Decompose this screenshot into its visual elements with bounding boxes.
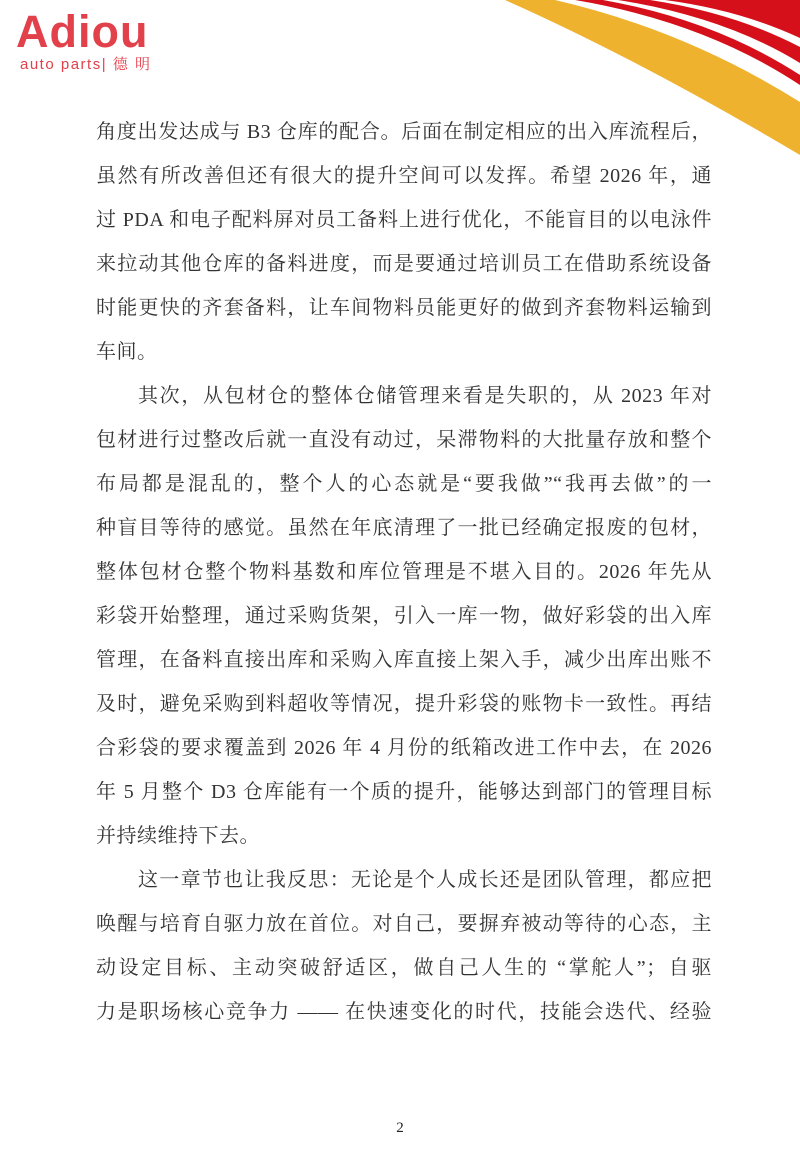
text-line: 年 5 月整个 D3 仓库能有一个质的提升，能够达到部门的管理目标 <box>96 770 712 814</box>
text-line: 唤醒与培育自驱力放在首位。对自己，要摒弃被动等待的心态，主 <box>96 902 712 946</box>
text-line: 布局都是混乱的，整个人的心态就是“要我做”“我再去做”的一 <box>96 462 712 506</box>
text-line: 虽然有所改善但还有很大的提升空间可以发挥。希望 2026 年，通 <box>96 154 712 198</box>
text-line: 彩袋开始整理，通过采购货架，引入一库一物，做好彩袋的出入库 <box>96 594 712 638</box>
brand-logo: Adiou auto parts| 德 明 <box>16 8 151 73</box>
text-line: 种盲目等待的感觉。虽然在年底清理了一批已经确定报废的包材， <box>96 506 712 550</box>
ribbon-red-mass <box>665 0 800 38</box>
document-body: 角度出发达成与 B3 仓库的配合。后面在制定相应的出入库流程后，虽然有所改善但还… <box>96 110 712 1034</box>
text-line: 过 PDA 和电子配料屏对员工备料上进行优化，不能盲目的以电泳件 <box>96 198 712 242</box>
text-line: 其次，从包材仓的整体仓储管理来看是失职的，从 2023 年对 <box>96 374 712 418</box>
text-line: 来拉动其他仓库的备料进度，而是要通过培训员工在借助系统设备 <box>96 242 712 286</box>
brand-name: Adiou <box>16 8 151 56</box>
text-line: 管理，在备料直接出库和采购入库直接上架入手，减少出库出账不 <box>96 638 712 682</box>
text-line: 力是职场核心竞争力 —— 在快速变化的时代，技能会迭代、经验 <box>96 990 712 1034</box>
text-line: 并持续维持下去。 <box>96 814 712 858</box>
text-line: 车间。 <box>96 330 712 374</box>
page-number: 2 <box>396 1120 404 1136</box>
text-line: 包材进行过整改后就一直没有动过，呆滞物料的大批量存放和整个 <box>96 418 712 462</box>
brand-tagline: auto parts| 德 明 <box>16 56 151 73</box>
text-line: 动设定目标、主动突破舒适区，做自己人生的 “掌舵人”；自驱 <box>96 946 712 990</box>
text-line: 时能更快的齐套备料，让车间物料员能更好的做到齐套物料运输到 <box>96 286 712 330</box>
document-page: Adiou auto parts| 德 明 角度出发达成与 B3 仓库的配合。后… <box>0 0 800 1158</box>
page-footer: 2 <box>0 1118 800 1138</box>
text-line: 合彩袋的要求覆盖到 2026 年 4 月份的纸箱改进工作中去，在 2026 <box>96 726 712 770</box>
text-line: 整体包材仓整个物料基数和库位管理是不堪入目的。2026 年先从 <box>96 550 712 594</box>
text-line: 角度出发达成与 B3 仓库的配合。后面在制定相应的出入库流程后， <box>96 110 712 154</box>
text-line: 这一章节也让我反思：无论是个人成长还是团队管理，都应把 <box>96 858 712 902</box>
text-line: 及时，避免采购到料超收等情况，提升彩袋的账物卡一致性。再结 <box>96 682 712 726</box>
